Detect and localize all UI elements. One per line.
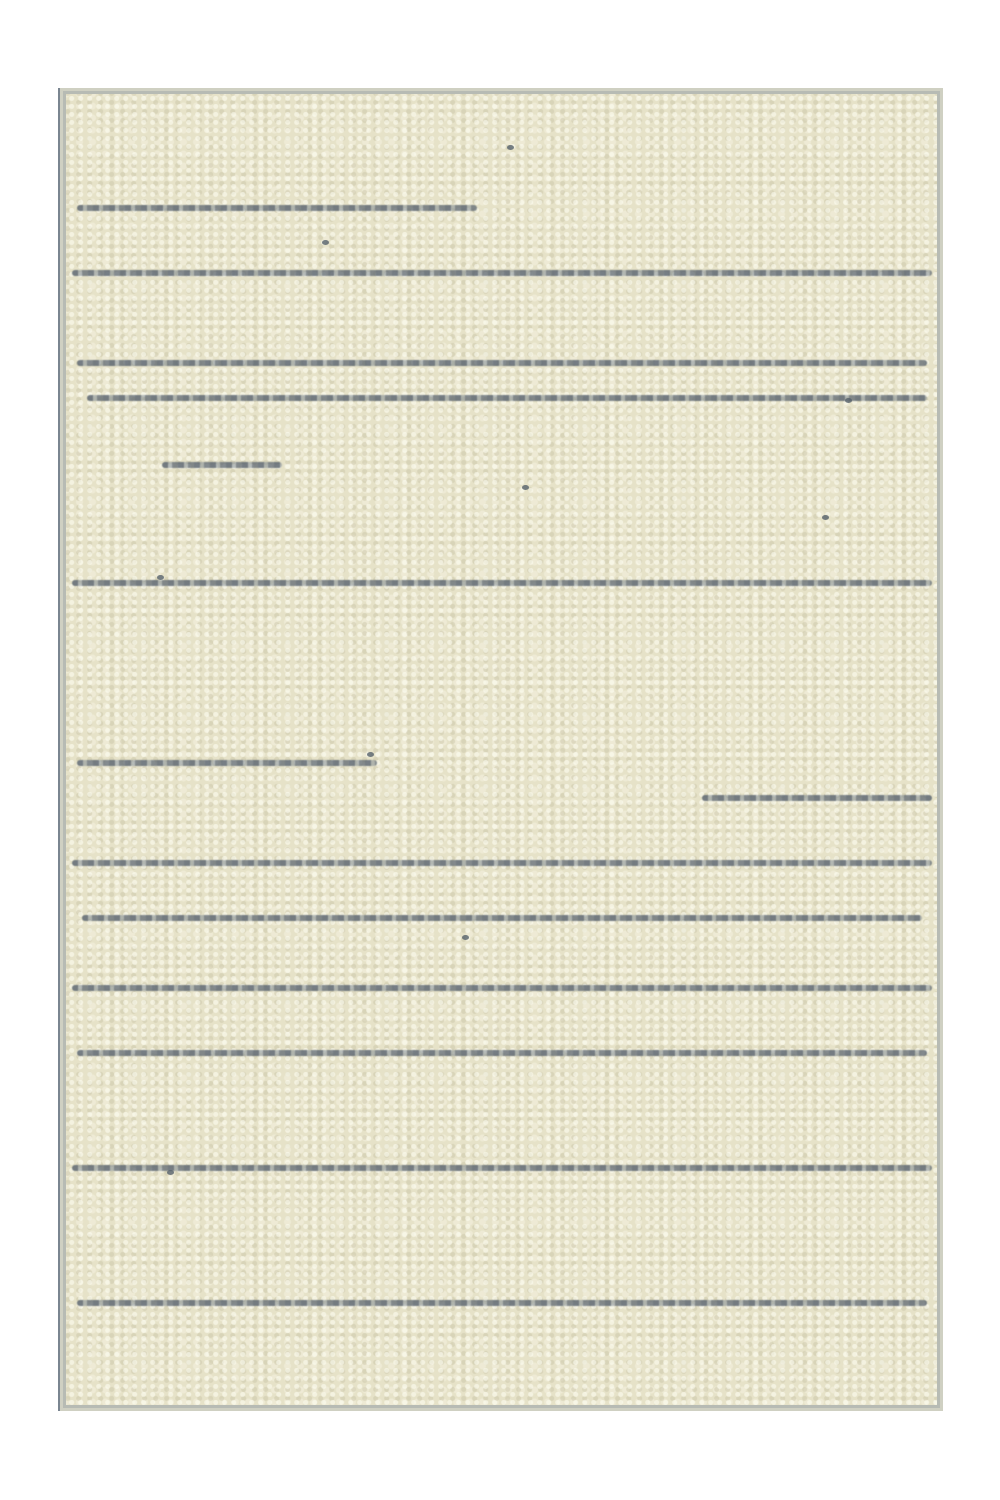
- rug-fleck: [462, 935, 469, 940]
- rug-stripe: [77, 1300, 927, 1306]
- rug-fleck: [822, 515, 829, 520]
- rug-stripe: [72, 270, 932, 276]
- rug-stripe: [77, 205, 477, 211]
- rug-fleck: [167, 1170, 174, 1175]
- rug-fleck: [322, 240, 329, 245]
- rug-fleck: [507, 145, 514, 150]
- rug-stripe: [702, 795, 932, 801]
- rug-stripe: [77, 360, 927, 366]
- rug-stripe: [72, 1165, 932, 1171]
- rug-stripe: [87, 395, 927, 401]
- rug: [58, 88, 943, 1411]
- rug-fleck: [367, 752, 374, 757]
- rug-stripe: [162, 462, 282, 468]
- rug-stripe: [82, 915, 922, 921]
- rug-fleck: [157, 575, 164, 580]
- rug-stripe: [77, 1050, 927, 1056]
- rug-stripe: [72, 985, 932, 991]
- rug-fleck: [522, 485, 529, 490]
- rug-stripe: [77, 760, 377, 766]
- rug-fleck: [845, 398, 852, 403]
- rug-stripe: [72, 860, 932, 866]
- rug-stripe: [72, 580, 932, 586]
